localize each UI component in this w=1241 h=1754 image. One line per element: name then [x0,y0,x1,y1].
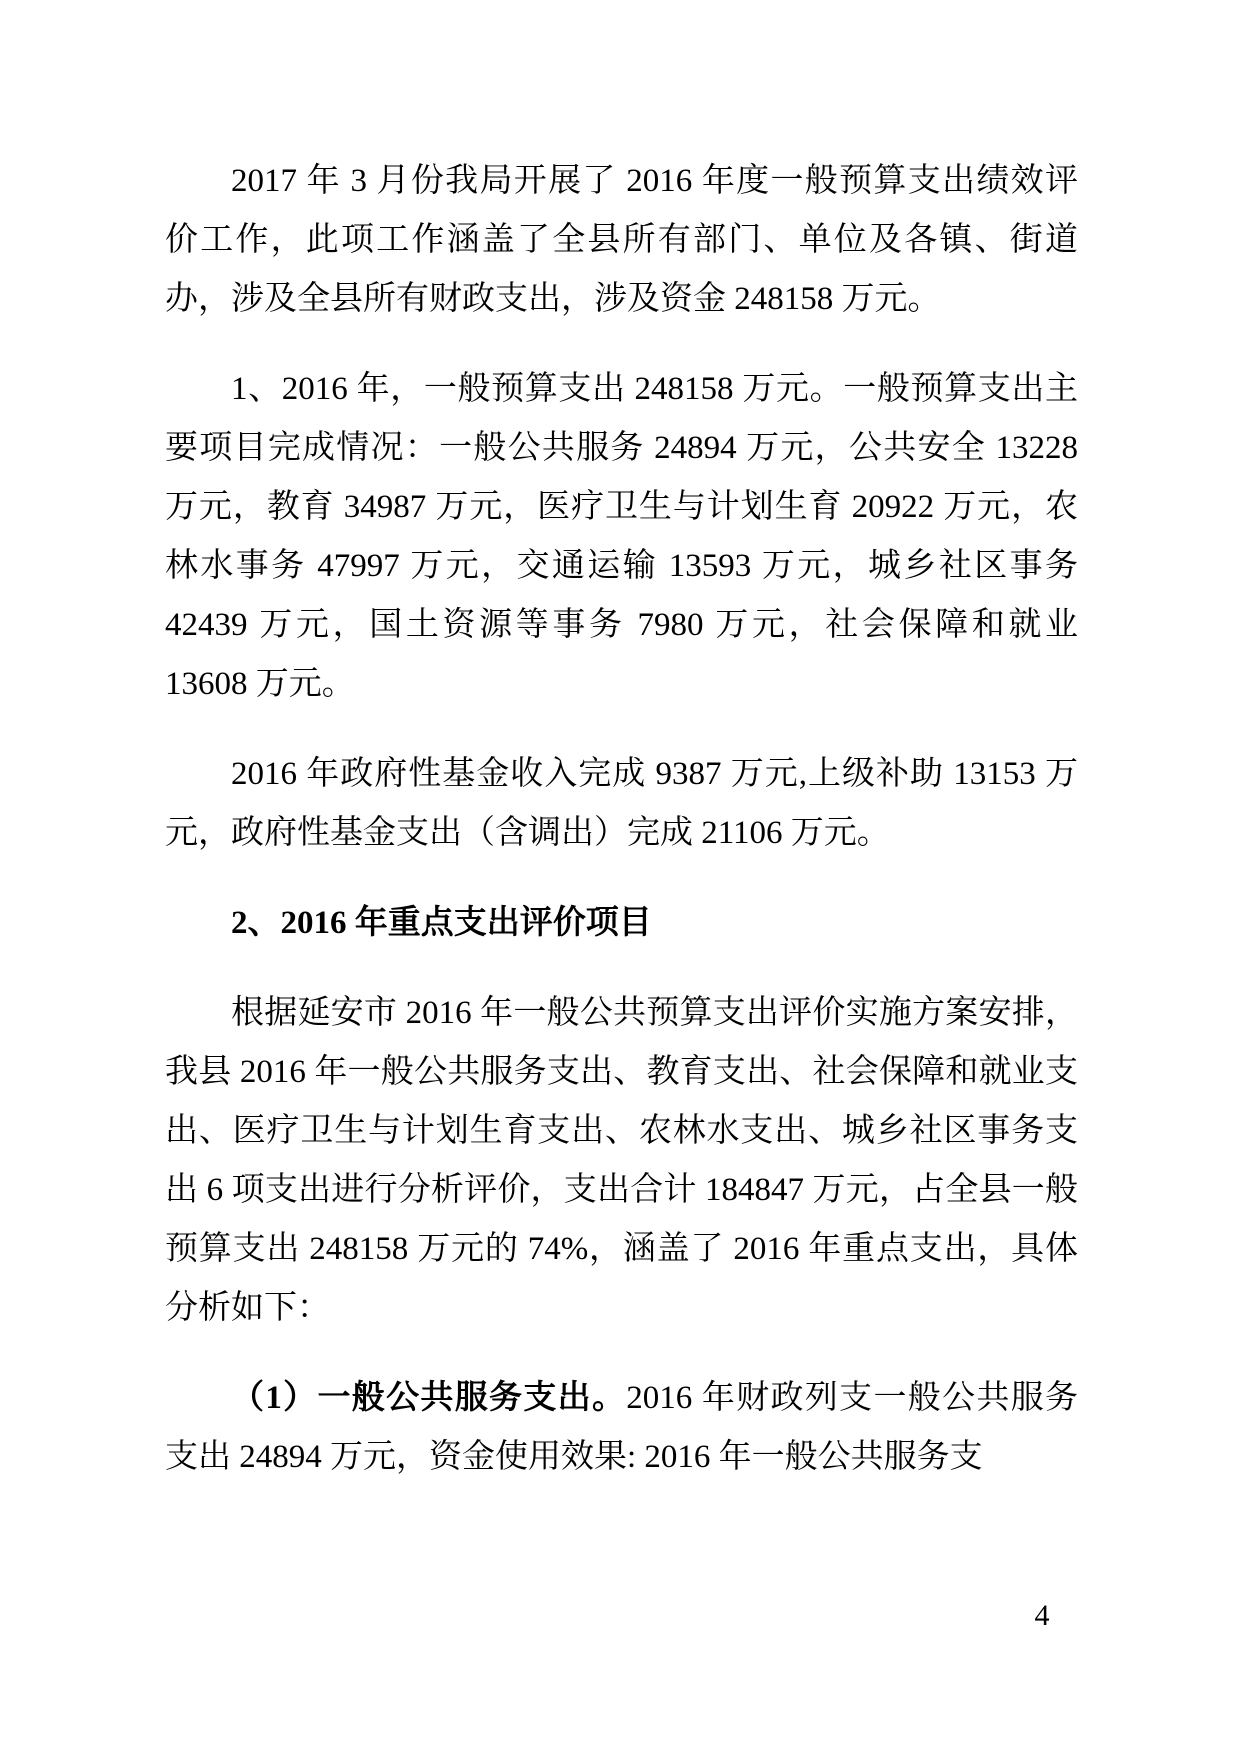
page-number: 4 [1022,1596,1062,1636]
paragraph-government-funds: 2016 年政府性基金收入完成 9387 万元,上级补助 13153 万元，政府… [165,745,1078,863]
paragraph-lead-bold: （1）一般公共服务支出。 [231,1380,626,1416]
paragraph-budget-items: 1、2016 年，一般预算支出 248158 万元。一般预算支出主要项目完成情况… [165,360,1078,714]
document-page: 2017 年 3 月份我局开展了 2016 年度一般预算支出绩效评价工作，此项工… [0,0,1241,1754]
document-body: 2017 年 3 月份我局开展了 2016 年度一般预算支出绩效评价工作，此项工… [165,152,1078,1518]
section-heading-key-expenditure: 2、2016 年重点支出评价项目 [165,894,1078,953]
paragraph-evaluation-scope: 根据延安市 2016 年一般公共预算支出评价实施方案安排，我县 2016 年一般… [165,984,1078,1338]
paragraph-intro: 2017 年 3 月份我局开展了 2016 年度一般预算支出绩效评价工作，此项工… [165,152,1078,329]
paragraph-public-service-expenditure: （1）一般公共服务支出。2016 年财政列支一般公共服务支出 24894 万元，… [165,1369,1078,1487]
